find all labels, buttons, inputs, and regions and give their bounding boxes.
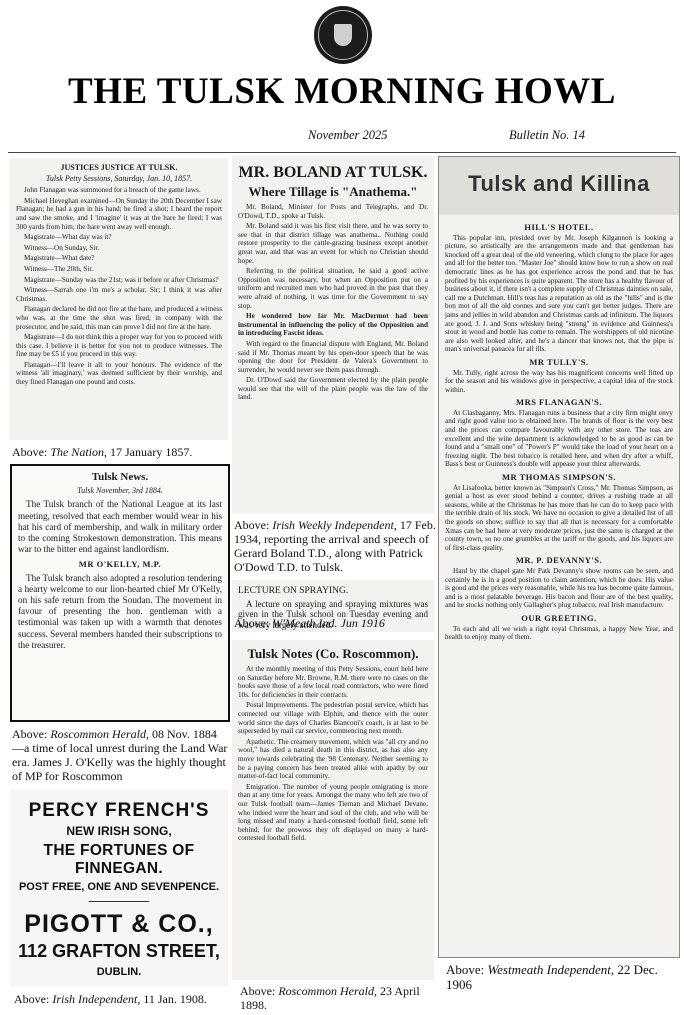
clipping-paragraph: At Lisafooka, better known as "Simpson's… <box>445 484 673 553</box>
clipping-title: MR. BOLAND AT TULSK. <box>238 164 428 182</box>
clipping-paragraph: Postal Improvements. The pedestrian post… <box>238 701 428 735</box>
clipping-tulsk-news-1884: Tulsk News. Tulsk November, 3rd 1884. Th… <box>10 464 230 722</box>
issue-date: November 2025 <box>308 128 388 143</box>
clipping-tulsk-notes-1898: Tulsk Notes (Co. Roscommon). At the mont… <box>232 640 434 980</box>
clipping-paragraph: The Tulsk branch also adopted a resoluti… <box>18 573 222 651</box>
clipping-paragraph: Magistrate—I do not think this a proper … <box>16 333 222 359</box>
shield-icon <box>334 24 352 46</box>
caption-boland: Above: Irish Weekly Independent, 17 Feb.… <box>234 518 436 574</box>
clipping-paragraph: Referring to the political situation, he… <box>238 267 428 310</box>
clipping-paragraph: Witness—On Sunday, Sir. <box>16 244 222 253</box>
clipping-paragraph: Apathetic. The creamery movement, which … <box>238 738 428 781</box>
clipping-paragraph: Emigration. The number of young people e… <box>238 783 428 843</box>
caption-french: Above: Irish Independent, 11 Jan. 1908. <box>14 992 230 1006</box>
clipping-paragraph: He wondered how far Mr. MacDermot had be… <box>238 312 428 338</box>
ad-divider <box>89 901 149 902</box>
header-divider <box>8 152 676 153</box>
clipping-title: Tulsk News. <box>18 472 222 483</box>
ad-line: THE FORTUNES OF FINNEGAN. <box>10 842 228 878</box>
clipping-title: LECTURE ON SPRAYING. <box>238 586 428 597</box>
caption-killina: Above: Westmeath Independent, 22 Dec. 19… <box>446 962 676 992</box>
ad-line: 112 GRAFTON STREET, <box>10 941 228 962</box>
clipping-section-head: MR THOMAS SIMPSON'S. <box>445 473 673 482</box>
clipping-section-head: MRS FLANAGAN'S. <box>445 398 673 407</box>
caption-nation: Above: The Nation, 17 January 1857. <box>12 445 228 459</box>
clipping-nation-1857: JUSTICES JUSTICE AT TULSK. Tulsk Petty S… <box>10 158 228 440</box>
clipping-paragraph: Witness—The 20th, Sir. <box>16 265 222 274</box>
society-seal <box>314 6 372 64</box>
clipping-paragraph: Michael Heveghan examined—On Sunday the … <box>16 197 222 231</box>
ad-line: NEW IRISH SONG, <box>10 824 228 838</box>
clipping-paragraph: Hard by the chapel gate Mr Patk Devanny'… <box>445 567 673 610</box>
seal-ring <box>318 10 368 60</box>
clipping-paragraph: Witness—Sarrah one i'm me's a scholar, S… <box>16 286 222 303</box>
caption-tulsk-news: Above: Roscommon Herald, 08 Nov. 1884—a … <box>12 727 228 783</box>
clipping-paragraph: With regard to the financial dispute wit… <box>238 340 428 374</box>
clipping-paragraph: Flanagan declared he did not fire at the… <box>16 305 222 331</box>
clipping-paragraph: To each and all we wish a right royal Ch… <box>445 625 673 642</box>
clipping-section-head: OUR GREETING. <box>445 614 673 623</box>
clipping-tulsk-killina-1906: Tulsk and Killina HILL'S HOTEL. This pop… <box>438 156 680 958</box>
clipping-paragraph: Mr. Boland, Minister for Posts and Teleg… <box>238 203 428 220</box>
clipping-paragraph: Magistrate—What day was it? <box>16 233 222 242</box>
clipping-paragraph: Dr. O'Dowd said the Government elected b… <box>238 376 428 402</box>
clipping-paragraph: The Tulsk branch of the National League … <box>18 499 222 555</box>
clipping-paragraph: Mr. Tully, right across the way has his … <box>445 369 673 395</box>
clipping-section-head: MR. P. DEVANNY'S. <box>445 556 673 565</box>
clipping-subtitle: Tulsk November, 3rd 1884. <box>18 485 222 496</box>
clipping-paragraph: At Clashaganny, Mrs. Flanagan runs a bus… <box>445 409 673 469</box>
clipping-section-head: MR TULLY'S. <box>445 358 673 367</box>
clipping-section-head: HILL'S HOTEL. <box>445 223 673 232</box>
ad-line: PIGOTT & CO., <box>10 910 228 939</box>
clipping-paragraph: John Flanagan was summoned for a breach … <box>16 186 222 195</box>
clipping-paragraph: This popular inn, presided over by Mr. J… <box>445 234 673 354</box>
clipping-section-head: MR O'KELLY, M.P. <box>18 559 222 570</box>
clipping-banner: Tulsk and Killina <box>439 157 679 215</box>
clipping-paragraph: Magistrate—What date? <box>16 254 222 263</box>
caption-notes: Above: Roscommon Herald, 23 April 1898. <box>240 984 436 1012</box>
clipping-paragraph: Flanagan—I'll leave it all to your honou… <box>16 361 222 387</box>
ad-line: POST FREE, ONE AND SEVENPENCE. <box>10 881 228 893</box>
clipping-title: Tulsk Notes (Co. Roscommon). <box>238 646 428 661</box>
clipping-paragraph: Mr. Boland said it was his first visit t… <box>238 222 428 265</box>
masthead-title: THE TULSK MORNING HOWL <box>0 70 684 113</box>
bulletin-number: Bulletin No. 14 <box>509 128 585 143</box>
caption-lecture: Above: W'Meath Ind. Jun 1916 <box>234 616 436 630</box>
clipping-title: JUSTICES JUSTICE AT TULSK. <box>16 164 222 173</box>
clipping-boland-1934: MR. BOLAND AT TULSK. Where Tillage is "A… <box>232 156 434 514</box>
clipping-subtitle: Where Tillage is "Anathema." <box>238 184 428 199</box>
ad-line: DUBLIN. <box>10 966 228 978</box>
ad-line: PERCY FRENCH'S <box>10 800 228 822</box>
clipping-percy-french-ad: PERCY FRENCH'S NEW IRISH SONG, THE FORTU… <box>10 790 228 986</box>
clipping-subtitle: Tulsk Petty Sessions, Saturday, Jan. 10,… <box>16 175 222 184</box>
clipping-paragraph: Magistrate—Sunday was the 21st; was it b… <box>16 276 222 285</box>
clipping-paragraph: At the monthly meeting of this Petty Ses… <box>238 665 428 699</box>
